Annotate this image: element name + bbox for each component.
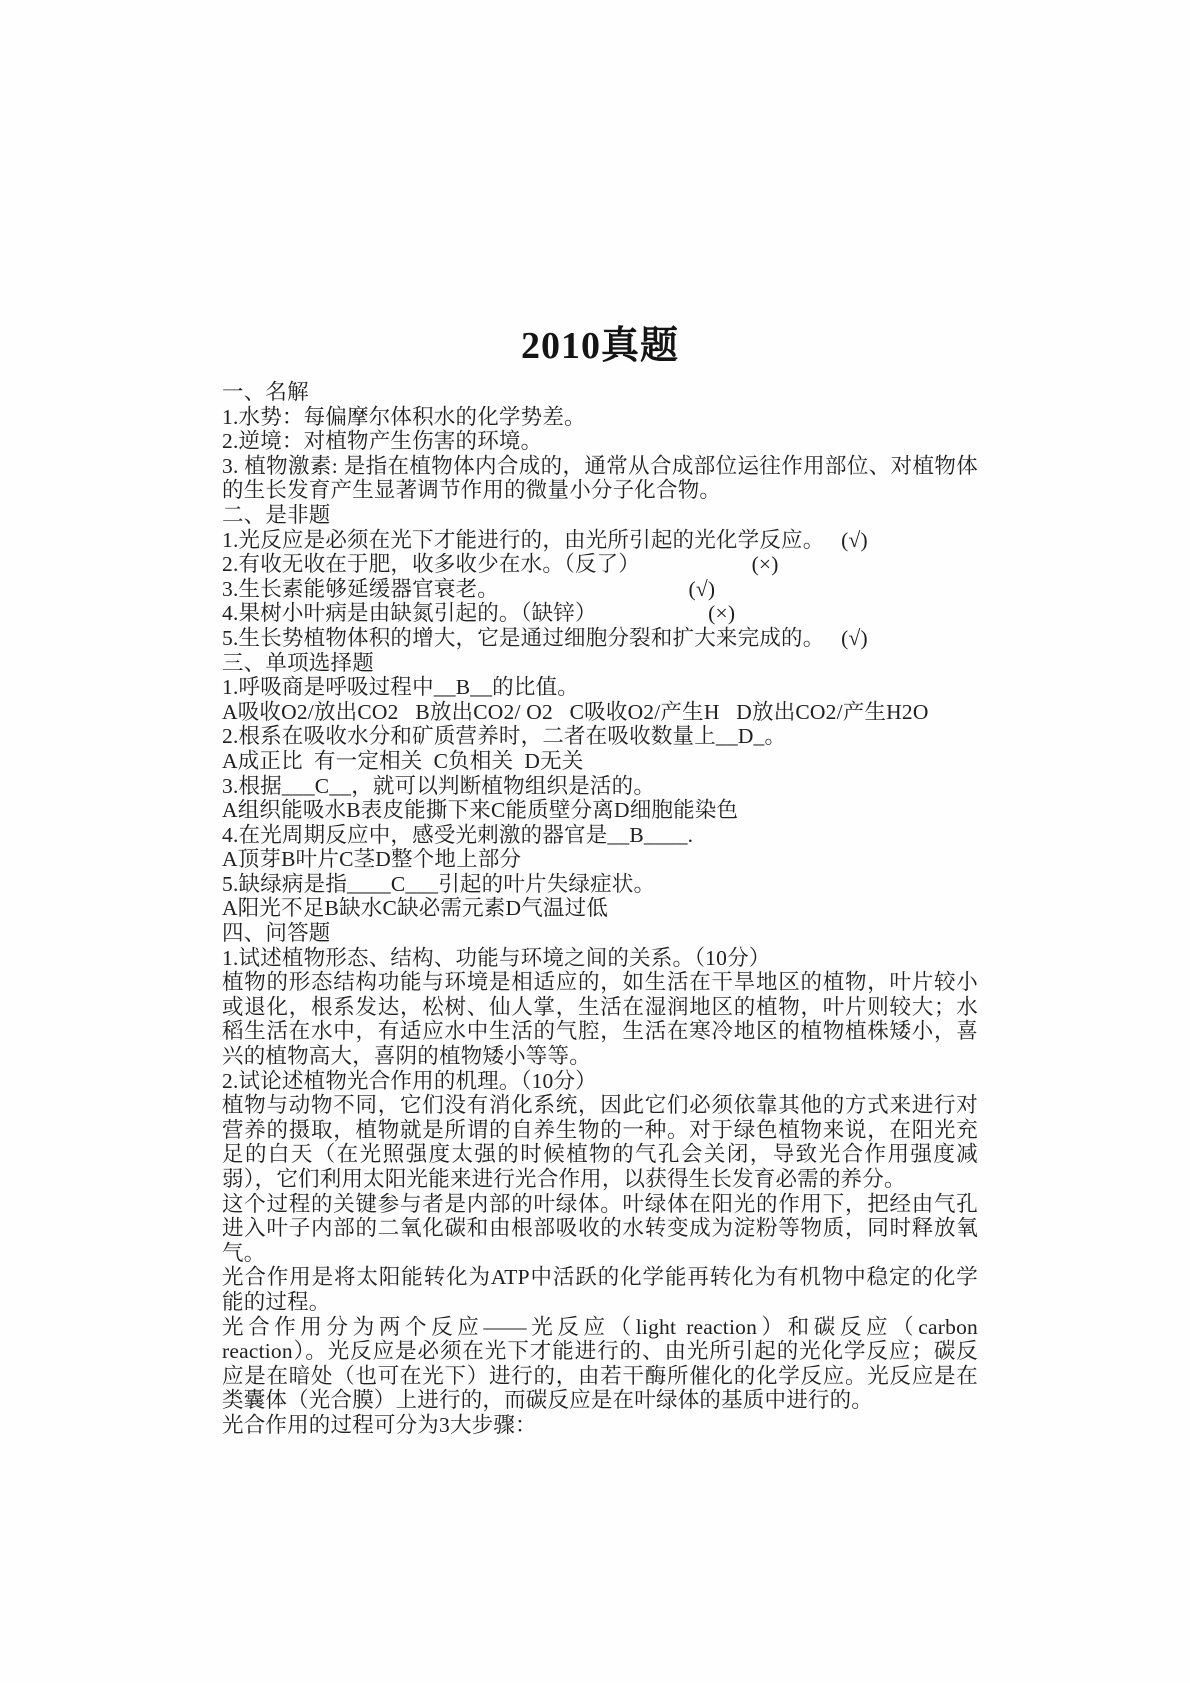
definition-line: 3. 植物激素: 是指在植物体内合成的，通常从合成部位运往作用部位、对植物体 [222,454,978,479]
essay-answer-line: 植物与动物不同，它们没有消化系统，因此它们必须依靠其他的方式来进行对 [222,1093,978,1118]
multiple-choice-options: A顶芽B叶片C茎D整个地上部分 [222,847,978,872]
definition-line: 1.水势：每偏摩尔体积水的化学势差。 [222,405,978,430]
section-heading-xuanzeti: 三、单项选择题 [222,651,978,676]
multiple-choice-options: A成正比 有一定相关 C负相关 D无关 [222,749,978,774]
essay-answer-line: 光合作用的过程可分为3大步骤： [222,1413,978,1438]
essay-answer-line: 兴的植物高大，喜阴的植物矮小等等。 [222,1044,978,1069]
essay-answer-line: reaction）。光反应是必须在光下才能进行的、由光所引起的光化学反应；碳反 [222,1339,978,1364]
exam-document-page: 2010真题 一、名解 1.水势：每偏摩尔体积水的化学势差。 2.逆境：对植物产… [0,0,1190,1683]
multiple-choice-question: 5.缺绿病是指____C___引起的叶片失绿症状。 [222,872,978,897]
true-false-item: 3.生长素能够延缓器官衰老。 (√) [222,577,978,602]
multiple-choice-options: A阳光不足B缺水C缺必需元素D气温过低 [222,896,978,921]
definition-line: 2.逆境：对植物产生伤害的环境。 [222,429,978,454]
essay-answer-line: 应是在暗处（也可在光下）进行的，由若干酶所催化的化学反应。光反应是在 [222,1364,978,1389]
multiple-choice-question: 4.在光周期反应中，感受光刺激的器官是__B____. [222,823,978,848]
section-heading-wendati: 四、问答题 [222,921,978,946]
section-heading-mingjie: 一、名解 [222,380,978,405]
essay-answer-line: 进入叶子内部的二氧化碳和由根部吸收的水转变成为淀粉等物质，同时释放氧 [222,1216,978,1241]
essay-answer-line: 稻生活在水中，有适应水中生活的气腔，生活在寒冷地区的植物植株矮小，喜 [222,1019,978,1044]
essay-answer-line: 类囊体（光合膜）上进行的，而碳反应是在叶绿体的基质中进行的。 [222,1388,978,1413]
essay-answer-line: 足的白天（在光照强度太强的时候植物的气孔会关闭，导致光合作用强度减 [222,1142,978,1167]
multiple-choice-question: 1.呼吸商是呼吸过程中__B__的比值。 [222,675,978,700]
essay-answer-line: 光合作用分为两个反应——光反应（light reaction）和碳反应（carb… [222,1315,978,1340]
true-false-item: 1.光反应是必须在光下才能进行的，由光所引起的光化学反应。 (√) [222,528,978,553]
essay-answer-line: 弱），它们利用太阳光能来进行光合作用，以获得生长发育必需的养分。 [222,1167,978,1192]
multiple-choice-question: 2.根系在吸收水分和矿质营养时，二者在吸收数量上__D_。 [222,724,978,749]
essay-answer-line: 或退化，根系发达，松树、仙人掌，生活在湿润地区的植物，叶片则较大；水 [222,995,978,1020]
document-title: 2010真题 [222,322,978,370]
multiple-choice-options: A吸收O2/放出CO2 B放出CO2/ O2 C吸收O2/产生H D放出CO2/… [222,700,978,725]
essay-answer-line: 营养的摄取，植物就是所谓的自养生物的一种。对于绿色植物来说，在阳光充 [222,1118,978,1143]
true-false-item: 2.有收无收在于肥，收多收少在水。（反了） (×) [222,552,978,577]
essay-answer-line: 能的过程。 [222,1290,978,1315]
true-false-item: 4.果树小叶病是由缺氮引起的。（缺锌） (×) [222,601,978,626]
essay-answer-line: 这个过程的关键参与者是内部的叶绿体。叶绿体在阳光的作用下，把经由气孔 [222,1192,978,1217]
essay-answer-line: 气。 [222,1241,978,1266]
definition-line: 的生长发育产生显著调节作用的微量小分子化合物。 [222,478,978,503]
multiple-choice-question: 3.根据___C__，就可以判断植物组织是活的。 [222,774,978,799]
essay-answer-line: 植物的形态结构功能与环境是相适应的，如生活在干旱地区的植物，叶片较小 [222,970,978,995]
essay-question: 1.试述植物形态、结构、功能与环境之间的关系。（10分） [222,946,978,971]
section-heading-shifeiti: 二、是非题 [222,503,978,528]
essay-question: 2.试论述植物光合作用的机理。（10分） [222,1069,978,1094]
essay-answer-line: 光合作用是将太阳能转化为ATP中活跃的化学能再转化为有机物中稳定的化学 [222,1265,978,1290]
true-false-item: 5.生长势植物体积的增大，它是通过细胞分裂和扩大来完成的。 (√) [222,626,978,651]
multiple-choice-options: A组织能吸水B表皮能撕下来C能质壁分离D细胞能染色 [222,798,978,823]
